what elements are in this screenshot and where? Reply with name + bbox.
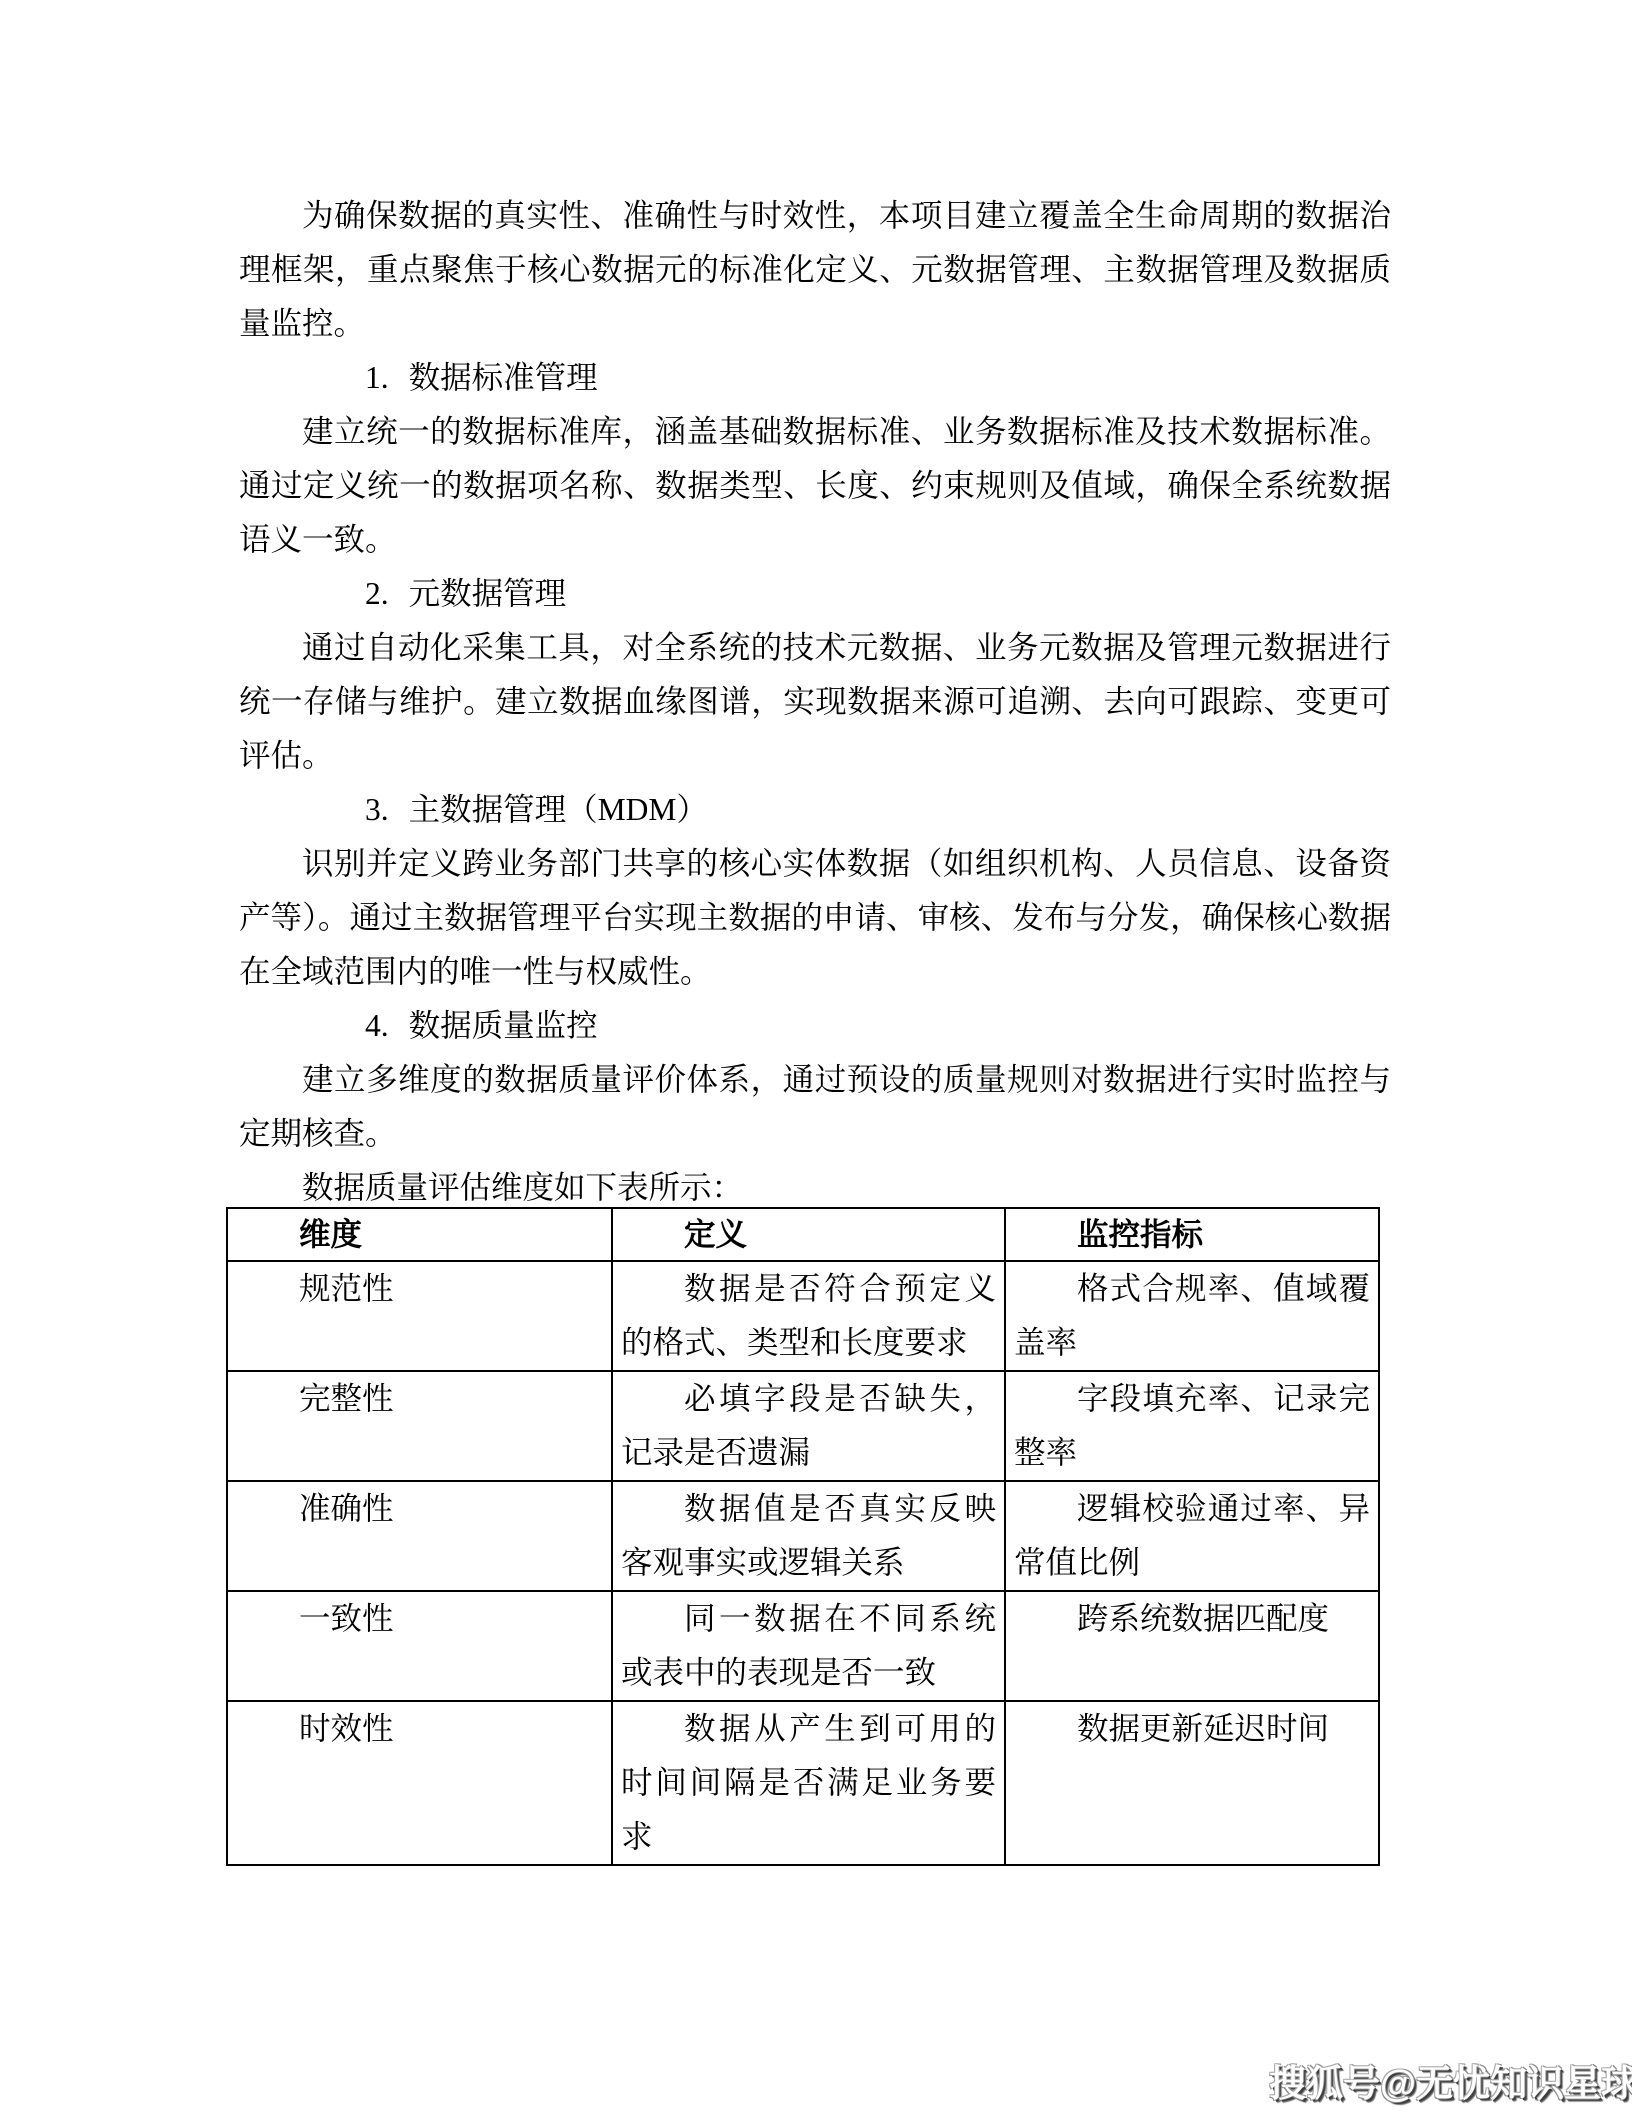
heading-text: 数据质量监控 xyxy=(409,1008,598,1043)
table-header-text: 监控指标 xyxy=(1014,1209,1370,1260)
table-row: 完整性必填字段是否缺失，记录是否遗漏字段填充率、记录完整率 xyxy=(227,1371,1379,1481)
table-cell-text: 完整性 xyxy=(236,1372,603,1426)
heading-number: 2. xyxy=(302,567,389,621)
section-heading: 4.数据质量监控 xyxy=(239,999,1391,1053)
table-cell: 数据更新延迟时间 xyxy=(1005,1701,1379,1865)
heading-text: 数据标准管理 xyxy=(409,360,598,395)
table-cell: 必填字段是否缺失，记录是否遗漏 xyxy=(612,1371,1005,1481)
section-heading: 3.主数据管理（MDM） xyxy=(239,783,1391,837)
table-header-row: 维度定义监控指标 xyxy=(227,1208,1379,1261)
table-cell-text: 数据更新延迟时间 xyxy=(1014,1702,1370,1756)
table-row: 规范性数据是否符合预定义的格式、类型和长度要求格式合规率、值域覆盖率 xyxy=(227,1261,1379,1371)
table-cell-text: 格式合规率、值域覆盖率 xyxy=(1014,1262,1370,1370)
table-cell-text: 数据是否符合预定义的格式、类型和长度要求 xyxy=(621,1262,996,1370)
table-header-cell: 定义 xyxy=(612,1208,1005,1261)
table-header-text: 定义 xyxy=(621,1209,996,1260)
data-quality-dimensions-table: 维度定义监控指标规范性数据是否符合预定义的格式、类型和长度要求格式合规率、值域覆… xyxy=(226,1207,1380,1866)
body-paragraph: 为确保数据的真实性、准确性与时效性，本项目建立覆盖全生命周期的数据治理框架，重点… xyxy=(239,189,1391,351)
table-cell-text: 规范性 xyxy=(236,1262,603,1316)
section-heading: 2.元数据管理 xyxy=(239,567,1391,621)
table-cell-text: 必填字段是否缺失，记录是否遗漏 xyxy=(621,1372,996,1480)
table-cell-text: 数据从产生到可用的时间间隔是否满足业务要求 xyxy=(621,1702,996,1864)
table-cell-text: 同一数据在不同系统或表中的表现是否一致 xyxy=(621,1592,996,1700)
heading-number: 4. xyxy=(302,999,389,1053)
table-row: 时效性数据从产生到可用的时间间隔是否满足业务要求数据更新延迟时间 xyxy=(227,1701,1379,1865)
table-cell-text: 时效性 xyxy=(236,1702,603,1756)
table-cell-text: 一致性 xyxy=(236,1592,603,1646)
table-cell: 时效性 xyxy=(227,1701,612,1865)
table-cell: 完整性 xyxy=(227,1371,612,1481)
table-cell-text: 字段填充率、记录完整率 xyxy=(1014,1372,1370,1480)
table-cell-text: 跨系统数据匹配度 xyxy=(1014,1592,1370,1646)
body-paragraph: 通过自动化采集工具，对全系统的技术元数据、业务元数据及管理元数据进行统一存储与维… xyxy=(239,621,1391,783)
heading-text: 主数据管理（MDM） xyxy=(409,792,708,827)
table-cell: 规范性 xyxy=(227,1261,612,1371)
heading-text: 元数据管理 xyxy=(409,576,567,611)
section-heading: 1.数据标准管理 xyxy=(239,351,1391,405)
table-cell-text: 数据值是否真实反映客观事实或逻辑关系 xyxy=(621,1482,996,1590)
table-cell: 字段填充率、记录完整率 xyxy=(1005,1371,1379,1481)
heading-number: 1. xyxy=(302,351,389,405)
table-cell: 逻辑校验通过率、异常值比例 xyxy=(1005,1481,1379,1591)
document-page: 为确保数据的真实性、准确性与时效性，本项目建立覆盖全生命周期的数据治理框架，重点… xyxy=(0,0,1632,2112)
heading-number: 3. xyxy=(302,783,389,837)
table-cell: 数据从产生到可用的时间间隔是否满足业务要求 xyxy=(612,1701,1005,1865)
watermark-text: 搜狐号@无忧知识星球 xyxy=(1269,2053,1632,2107)
table-cell: 跨系统数据匹配度 xyxy=(1005,1591,1379,1701)
body-paragraph: 识别并定义跨业务部门共享的核心实体数据（如组织机构、人员信息、设备资产等）。通过… xyxy=(239,837,1391,999)
table-cell: 数据值是否真实反映客观事实或逻辑关系 xyxy=(612,1481,1005,1591)
document-content: 为确保数据的真实性、准确性与时效性，本项目建立覆盖全生命周期的数据治理框架，重点… xyxy=(239,189,1391,1866)
table-cell: 同一数据在不同系统或表中的表现是否一致 xyxy=(612,1591,1005,1701)
body-paragraph: 建立多维度的数据质量评价体系，通过预设的质量规则对数据进行实时监控与定期核查。 xyxy=(239,1053,1391,1161)
table-header-cell: 维度 xyxy=(227,1208,612,1261)
table-row: 一致性同一数据在不同系统或表中的表现是否一致跨系统数据匹配度 xyxy=(227,1591,1379,1701)
table-row: 准确性数据值是否真实反映客观事实或逻辑关系逻辑校验通过率、异常值比例 xyxy=(227,1481,1379,1591)
body-paragraph: 建立统一的数据标准库，涵盖基础数据标准、业务数据标准及技术数据标准。通过定义统一… xyxy=(239,405,1391,567)
table-cell: 格式合规率、值域覆盖率 xyxy=(1005,1261,1379,1371)
table-cell-text: 逻辑校验通过率、异常值比例 xyxy=(1014,1482,1370,1590)
table-cell: 准确性 xyxy=(227,1481,612,1591)
table-cell: 一致性 xyxy=(227,1591,612,1701)
table-header-text: 维度 xyxy=(236,1209,603,1260)
table-cell: 数据是否符合预定义的格式、类型和长度要求 xyxy=(612,1261,1005,1371)
table-header-cell: 监控指标 xyxy=(1005,1208,1379,1261)
table-cell-text: 准确性 xyxy=(236,1482,603,1536)
